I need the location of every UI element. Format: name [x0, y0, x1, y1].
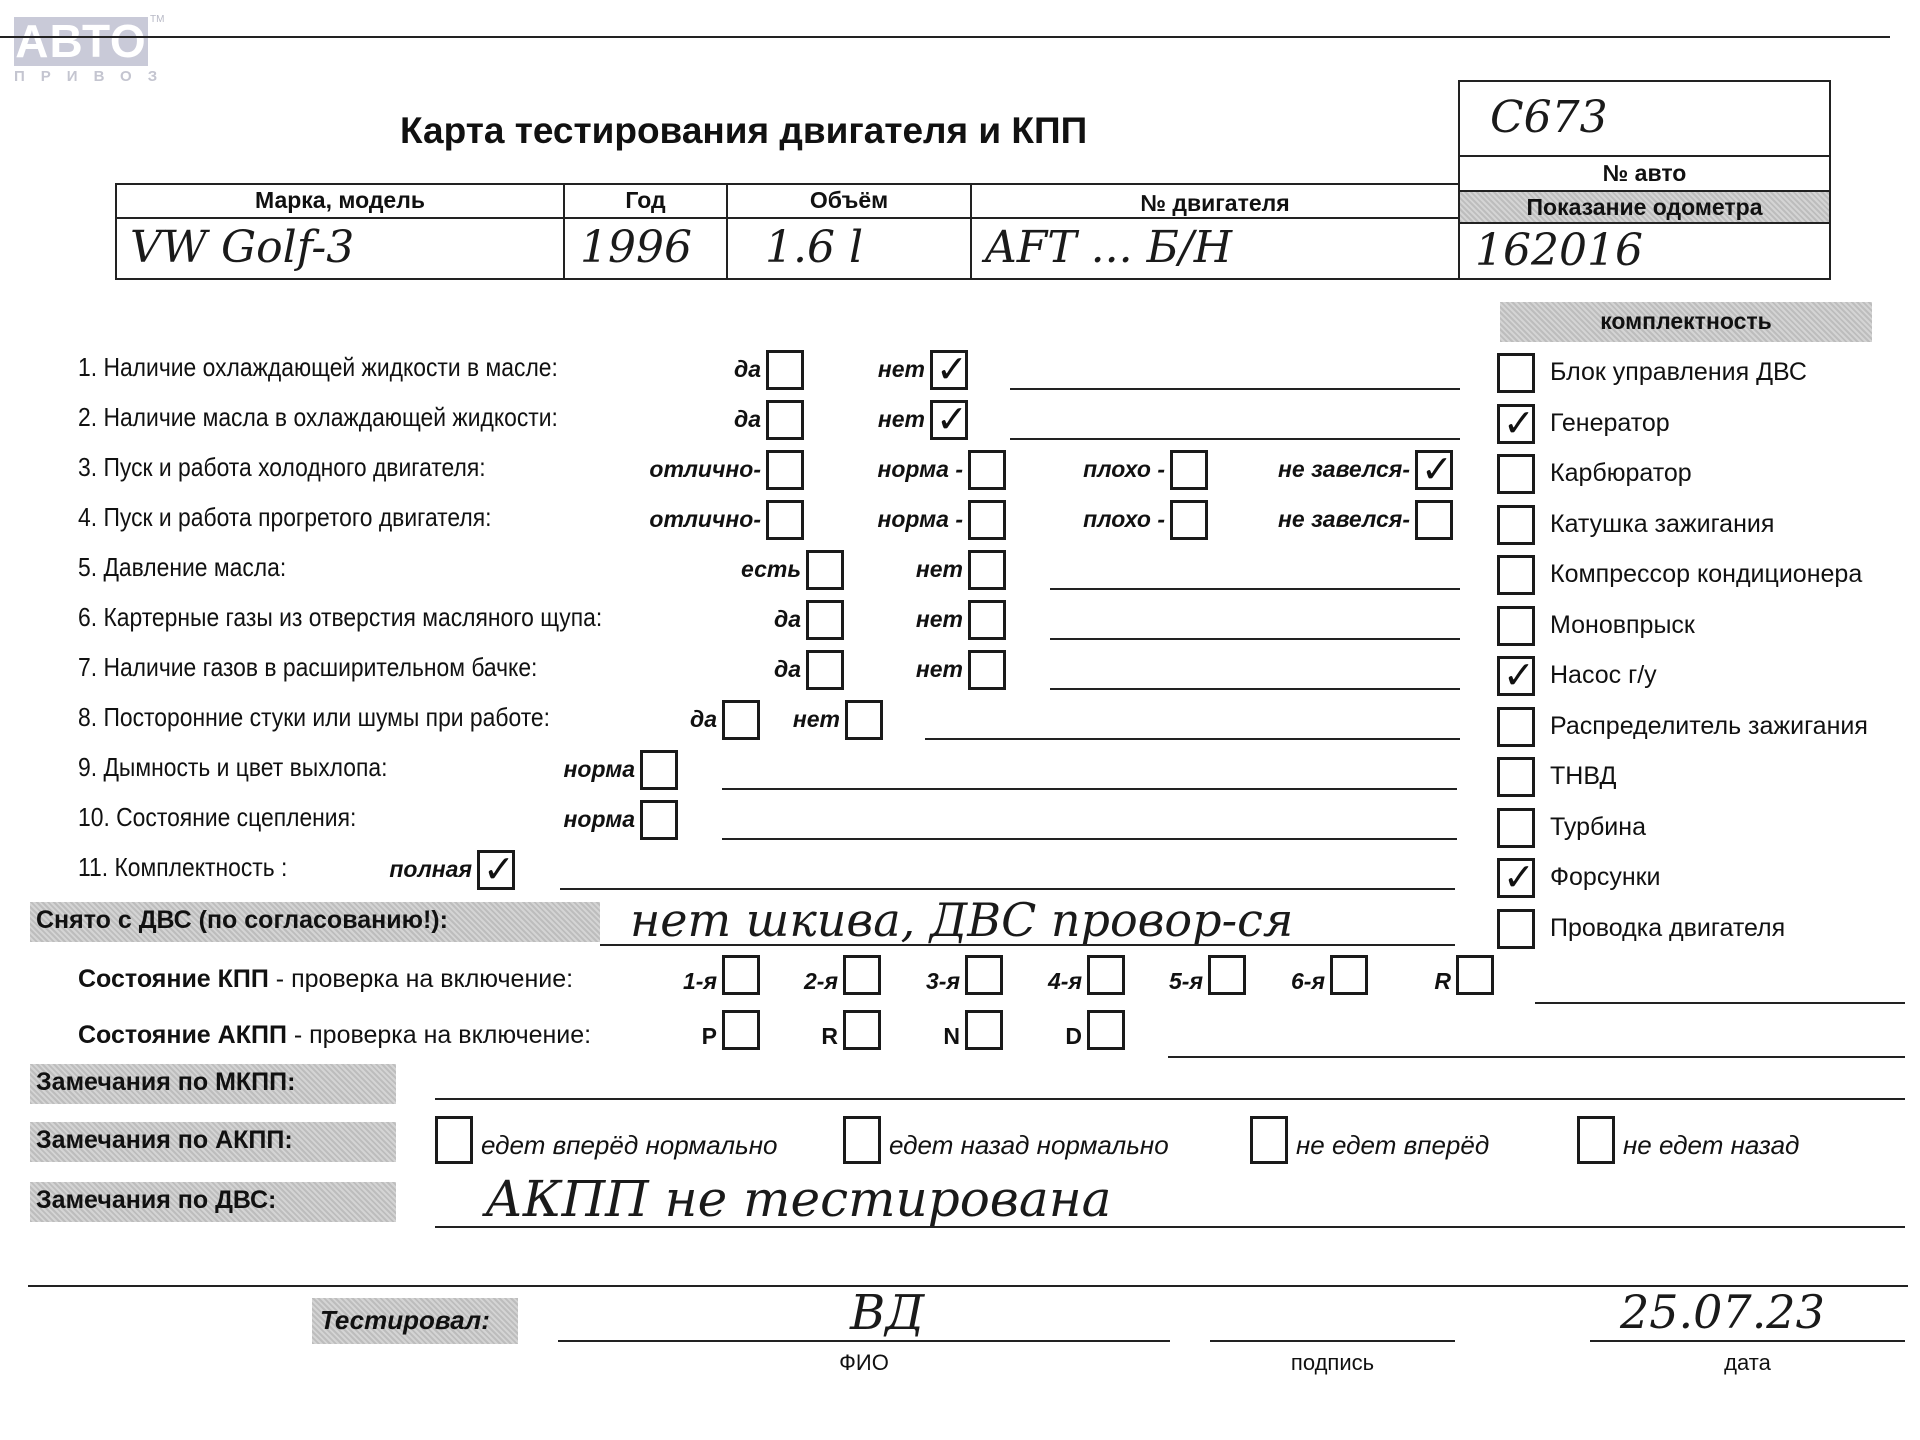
completeness-item-label: Катушка зажигания [1550, 510, 1774, 539]
gear-label: 5-я [1133, 968, 1203, 995]
gear-checkbox[interactable] [1087, 955, 1125, 995]
mkpp-remarks-label: Замечания по МКПП: [36, 1068, 295, 1097]
question-9-checkbox[interactable] [640, 750, 678, 790]
question-3-checkbox[interactable] [968, 450, 1006, 490]
question-9-option-label: норма [480, 756, 635, 783]
question-7-text: 7. Наличие газов в расширительном бачке: [78, 652, 537, 683]
question-2-option-label: да [606, 406, 761, 433]
question-1-option-label: да [606, 356, 761, 383]
completeness-checkbox-11[interactable] [1497, 858, 1535, 898]
akpp-remark-checkbox[interactable] [843, 1116, 881, 1164]
logo: АВТО [14, 17, 148, 66]
question-5-option-label: нет [808, 556, 963, 583]
auto-gearbox-label-rest: - проверка на включение: [287, 1021, 591, 1049]
question-6-notes-line[interactable] [1050, 638, 1460, 640]
completeness-header: комплектность [1500, 308, 1872, 335]
header-volume-label: Объём [728, 187, 970, 214]
question-7-option-label: нет [808, 656, 963, 683]
question-8-checkbox[interactable] [845, 700, 883, 740]
akpp-remark-label: не едет вперёд [1296, 1130, 1489, 1161]
akpp-remark-checkbox[interactable] [1577, 1116, 1615, 1164]
question-4-option-label: норма - [808, 506, 963, 533]
completeness-item-label: Насос г/у [1550, 661, 1657, 690]
question-1-option-label: нет [770, 356, 925, 383]
logo-subtitle: ПРИВОЗ [14, 68, 173, 85]
date-field[interactable]: 25.07.23 [1620, 1285, 1825, 1339]
question-4-checkbox[interactable] [968, 500, 1006, 540]
completeness-item-label: Карбюратор [1550, 459, 1692, 488]
question-9-notes-line[interactable] [722, 788, 1457, 790]
question-11-option-label: полная [317, 856, 472, 883]
gear-checkbox[interactable] [1456, 955, 1494, 995]
date-line [1590, 1340, 1905, 1342]
signature-caption: подпись [1210, 1350, 1455, 1376]
manual-gearbox-label: Состояние КПП - проверка на включение: [78, 965, 573, 994]
completeness-item-label: ТНВД [1550, 762, 1616, 791]
question-2-notes-line[interactable] [1010, 438, 1460, 440]
completeness-checkbox-2[interactable] [1497, 404, 1535, 444]
question-3-checkbox[interactable] [1170, 450, 1208, 490]
completeness-checkbox-7[interactable] [1497, 656, 1535, 696]
manual-gearbox-label-rest: - проверка на включение: [269, 965, 573, 993]
gear-checkbox[interactable] [1208, 955, 1246, 995]
auto-position-label: P [647, 1023, 717, 1050]
question-7-checkbox[interactable] [968, 650, 1006, 690]
question-1-notes-line[interactable] [1010, 388, 1460, 390]
question-3-option-label: отлично- [606, 456, 761, 483]
dvs-remarks-field[interactable]: АКПП не тестирована [485, 1170, 1111, 1228]
question-4-option-label: отлично- [606, 506, 761, 533]
question-5-notes-line[interactable] [1050, 588, 1460, 590]
completeness-item-label: Компрессор кондиционера [1550, 560, 1862, 589]
header-make-model-label: Марка, модель [117, 187, 563, 214]
completeness-checkbox-12[interactable] [1497, 909, 1535, 949]
gear-label: 1-я [647, 968, 717, 995]
completeness-item-label: Проводка двигателя [1550, 914, 1785, 943]
removed-label: Снято с ДВС (по согласованию!): [36, 906, 448, 935]
engine-number-field[interactable]: AFT ... Б/Н [985, 222, 1232, 273]
akpp-remarks-label: Замечания по АКПП: [36, 1126, 293, 1155]
gear-checkbox[interactable] [722, 955, 760, 995]
question-4-checkbox[interactable] [1170, 500, 1208, 540]
gear-label: 2-я [768, 968, 838, 995]
question-4-checkbox[interactable] [1415, 500, 1453, 540]
akpp-remark-checkbox[interactable] [1250, 1116, 1288, 1164]
question-2-text: 2. Наличие масла в охлаждающей жидкости: [78, 402, 558, 433]
manual-gearbox-label-bold: Состояние КПП [78, 965, 269, 993]
question-4-checkbox[interactable] [766, 500, 804, 540]
gear-checkbox[interactable] [965, 955, 1003, 995]
header-engine-number-label: № двигателя [972, 190, 1458, 217]
completeness-checkbox-8[interactable] [1497, 707, 1535, 747]
question-10-text: 10. Состояние сцепления: [78, 802, 356, 833]
question-3-option-label: норма - [808, 456, 963, 483]
auto-position-label: D [1012, 1023, 1082, 1050]
signature-line[interactable] [1210, 1340, 1455, 1342]
name-caption: ФИО [558, 1350, 1170, 1376]
removed-underline [600, 944, 1455, 946]
odometer-label: Показание одометра [1460, 194, 1829, 221]
header-year-label: Год [565, 187, 726, 214]
question-4-option-label: не завелся- [1255, 506, 1410, 533]
question-10-checkbox[interactable] [640, 800, 678, 840]
page-title: Карта тестирования двигателя и КПП [400, 110, 1087, 152]
completeness-item-label: Моновпрыск [1550, 611, 1695, 640]
removed-field[interactable]: нет шкива, ДВС провор-ся [630, 893, 1293, 947]
year-field[interactable]: 1996 [580, 222, 692, 273]
question-5-checkbox[interactable] [968, 550, 1006, 590]
akpp-remark-label: едет вперёд нормально [481, 1130, 777, 1161]
question-1-checkbox[interactable] [930, 350, 968, 390]
completeness-checkbox-10[interactable] [1497, 808, 1535, 848]
dvs-remarks-line [435, 1226, 1905, 1228]
completeness-checkbox-4[interactable] [1497, 505, 1535, 545]
question-2-option-label: нет [770, 406, 925, 433]
akpp-remark-checkbox[interactable] [435, 1116, 473, 1164]
question-11-notes-line[interactable] [560, 888, 1455, 890]
question-5-text: 5. Давление масла: [78, 552, 286, 583]
question-8-option-label: нет [685, 706, 840, 733]
question-3-option-label: плохо - [1010, 456, 1165, 483]
logo-trademark: TM [150, 14, 164, 25]
gear-label: R [1381, 968, 1451, 995]
question-10-option-label: норма [480, 806, 635, 833]
auto-position-label: N [890, 1023, 960, 1050]
completeness-item-label: Форсунки [1550, 863, 1661, 892]
dvs-remarks-label: Замечания по ДВС: [36, 1186, 276, 1215]
auto-position-checkbox[interactable] [722, 1010, 760, 1050]
gear-checkbox[interactable] [1330, 955, 1368, 995]
question-10-notes-line[interactable] [722, 838, 1457, 840]
question-6-option-label: да [646, 606, 801, 633]
completeness-checkbox-3[interactable] [1497, 454, 1535, 494]
question-5-option-label: есть [646, 556, 801, 583]
completeness-checkbox-6[interactable] [1497, 606, 1535, 646]
question-4-text: 4. Пуск и работа прогретого двигателя: [78, 502, 491, 533]
completeness-item-label: Турбина [1550, 813, 1646, 842]
auto-position-checkbox[interactable] [1087, 1010, 1125, 1050]
question-3-option-label: не завелся- [1255, 456, 1410, 483]
completeness-checkbox-9[interactable] [1497, 757, 1535, 797]
manual-gearbox-line [1535, 1002, 1905, 1004]
question-6-option-label: нет [808, 606, 963, 633]
question-11-text: 11. Комплектность : [78, 852, 287, 883]
auto-gearbox-label-bold: Состояние АКПП [78, 1021, 287, 1049]
question-8-notes-line[interactable] [925, 738, 1460, 740]
question-3-checkbox[interactable] [766, 450, 804, 490]
gear-label: 4-я [1012, 968, 1082, 995]
question-8-text: 8. Посторонние стуки или шумы при работе… [78, 702, 550, 733]
question-3-text: 3. Пуск и работа холодного двигателя: [78, 452, 486, 483]
question-9-text: 9. Дымность и цвет выхлопа: [78, 752, 387, 783]
gear-label: 3-я [890, 968, 960, 995]
make-model-field[interactable]: VW Golf-3 [130, 222, 354, 273]
volume-field[interactable]: 1.6 l [765, 222, 863, 273]
mkpp-remarks-line[interactable] [435, 1098, 1905, 1100]
question-3-checkbox[interactable] [1415, 450, 1453, 490]
auto-position-checkbox[interactable] [843, 1010, 881, 1050]
akpp-remark-label: едет назад нормально [889, 1130, 1169, 1161]
question-6-text: 6. Картерные газы из отверстия масляного… [78, 602, 602, 633]
akpp-remark-label: не едет назад [1623, 1130, 1799, 1161]
odometer-field[interactable]: 162016 [1475, 225, 1643, 276]
completeness-item-label: Распределитель зажигания [1550, 712, 1868, 741]
gear-label: 6-я [1255, 968, 1325, 995]
completeness-item-label: Блок управления ДВС [1550, 358, 1807, 387]
question-7-option-label: да [646, 656, 801, 683]
question-11-checkbox[interactable] [477, 850, 515, 890]
tested-by-name-field[interactable]: ВД [850, 1285, 924, 1341]
question-1-text: 1. Наличие охлаждающей жидкости в масле: [78, 352, 558, 383]
auto-gearbox-label: Состояние АКПП - проверка на включение: [78, 1021, 591, 1050]
car-number-field[interactable]: С673 [1490, 92, 1608, 143]
auto-position-checkbox[interactable] [965, 1010, 1003, 1050]
completeness-checkbox-5[interactable] [1497, 555, 1535, 595]
tested-by-label: Тестировал: [320, 1305, 490, 1336]
question-4-option-label: плохо - [1010, 506, 1165, 533]
auto-gearbox-line [1168, 1056, 1905, 1058]
top-rule [0, 36, 1890, 38]
question-7-notes-line[interactable] [1050, 688, 1460, 690]
date-caption: дата [1590, 1350, 1905, 1376]
name-line [558, 1340, 1170, 1342]
auto-position-label: R [768, 1023, 838, 1050]
question-6-checkbox[interactable] [968, 600, 1006, 640]
completeness-checkbox-1[interactable] [1497, 353, 1535, 393]
question-2-checkbox[interactable] [930, 400, 968, 440]
completeness-item-label: Генератор [1550, 409, 1670, 438]
gear-checkbox[interactable] [843, 955, 881, 995]
car-number-label: № авто [1460, 160, 1829, 187]
